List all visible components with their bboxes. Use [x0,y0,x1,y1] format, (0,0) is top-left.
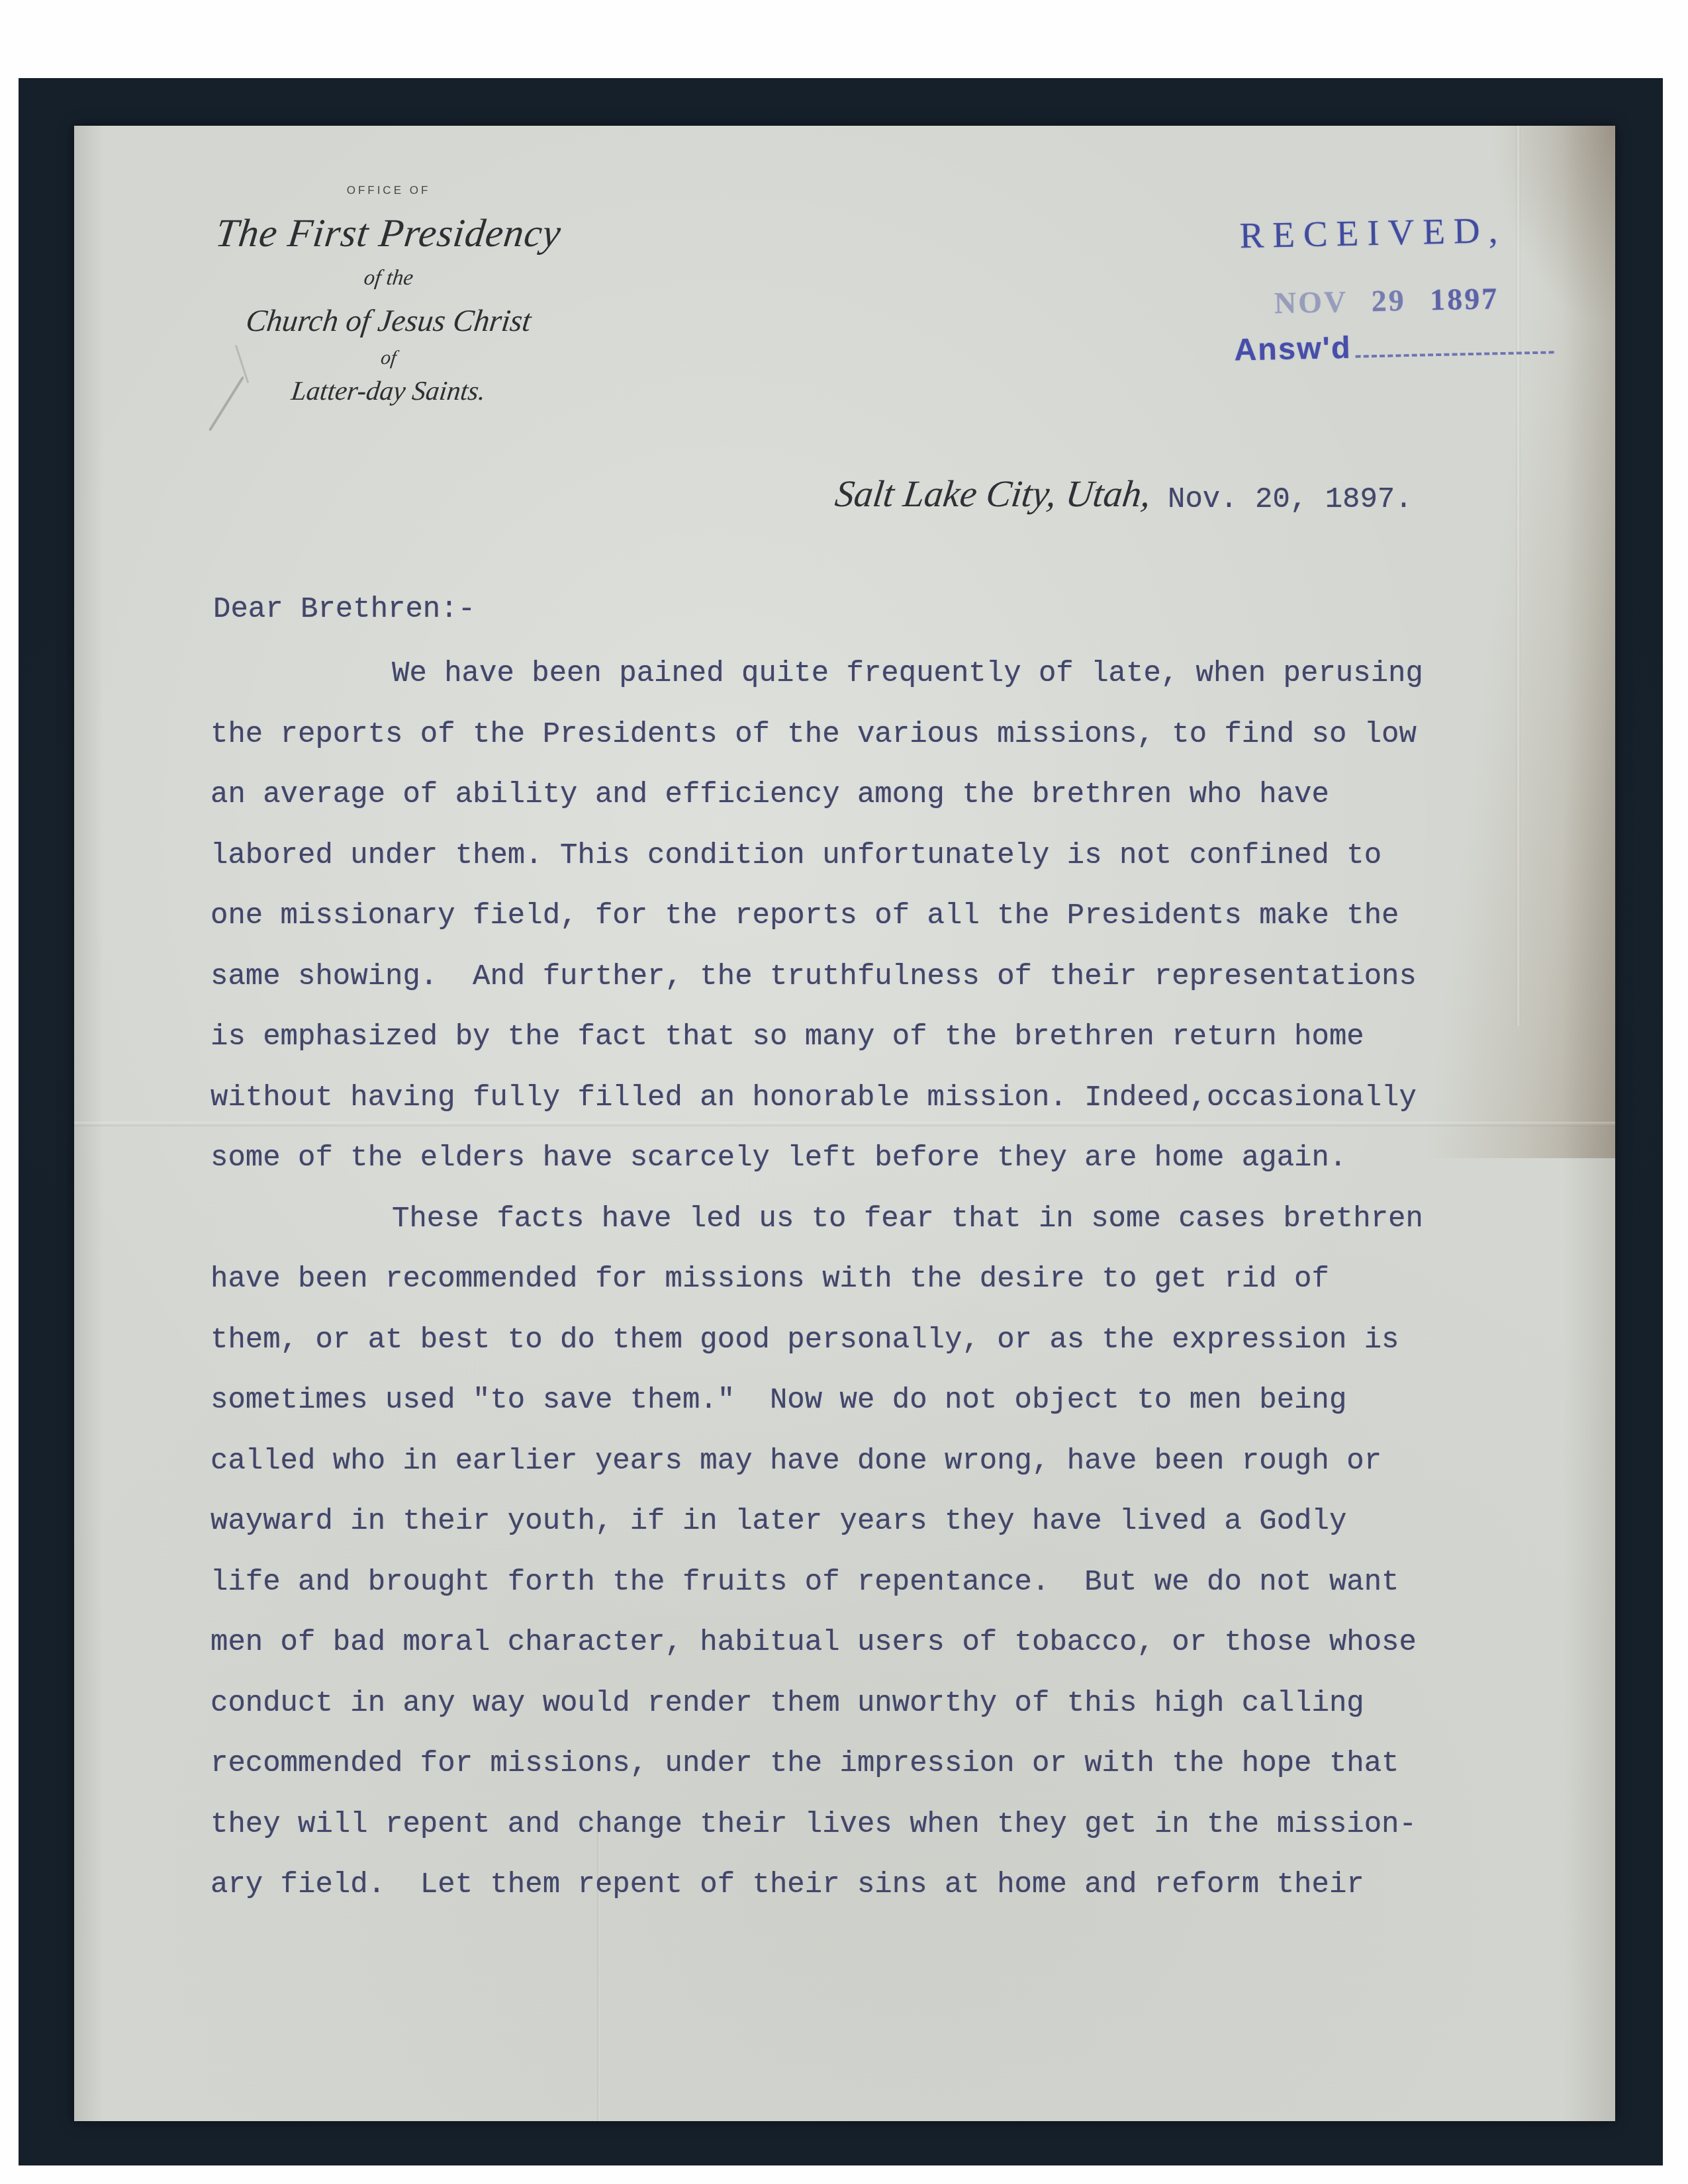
letterhead-of: of [165,347,612,369]
answered-label: Answ'd [1234,330,1352,367]
letterhead-first-presidency: The First Presidency [164,210,613,256]
typed-line: ary field. Let them repent of their sins… [211,1855,1508,1916]
received-stamp-label: RECEIVED, [1239,209,1507,256]
typed-line: wayward in their youth, if in later year… [211,1492,1508,1553]
typed-line: We have been pained quite frequently of … [211,644,1508,705]
typed-line: they will repent and change their lives … [211,1795,1508,1856]
typed-line: labored under them. This condition unfor… [211,826,1508,887]
typed-line: called who in earlier years may have don… [211,1432,1508,1492]
typed-line: have been recommended for missions with … [211,1250,1508,1310]
typed-line: conduct in any way would render them unw… [211,1674,1508,1735]
letterhead-of-the: of the [165,266,612,291]
typed-line: without having fully filled an honorable… [211,1068,1508,1129]
typed-line: them, or at best to do them good persona… [211,1310,1508,1371]
typed-line: recommended for missions, under the impr… [211,1734,1508,1795]
typed-line: sometimes used "to save them." Now we do… [211,1371,1508,1432]
typed-line: men of bad moral character, habitual use… [211,1613,1508,1674]
salutation: Dear Brethren:- [213,593,475,626]
dateline-typed-date: Nov. 20, 1897. [1168,483,1413,516]
scan-background: OFFICE OF The First Presidency of the Ch… [19,78,1663,2165]
typed-line: is emphasized by the fact that so many o… [211,1007,1508,1068]
letterhead-church-name: Church of Jesus Christ [165,303,613,339]
answered-blank-line [1355,328,1554,357]
letter-body: We have been pained quite frequently of … [211,644,1508,1916]
typed-line: the reports of the Presidents of the var… [211,705,1508,766]
typed-line: one missionary field, for the reports of… [211,886,1508,947]
received-stamp-date: NOV 29 1897 [1274,281,1499,320]
scanned-page: OFFICE OF The First Presidency of the Ch… [0,0,1688,2184]
typed-line: same showing. And further, the truthfuln… [211,947,1508,1008]
letterhead-latter-day-saints: Latter-day Saints. [165,375,612,406]
stamp-day: 29 [1371,283,1406,318]
paper-fold-crease [1516,126,1521,1026]
letter-paper: OFFICE OF The First Presidency of the Ch… [74,126,1615,2121]
typed-line: an average of ability and efficiency amo… [211,765,1508,826]
typed-line: life and brought forth the fruits of rep… [211,1553,1508,1614]
stamp-month: NOV [1274,285,1347,320]
typed-line: some of the elders have scarcely left be… [211,1128,1508,1189]
typed-line: These facts have led us to fear that in … [211,1189,1508,1250]
stamp-year: 1897 [1430,281,1499,316]
answered-stamp: Answ'd [1234,324,1554,367]
dateline-place: Salt Lake City, Utah, [833,473,1154,516]
letterhead-office-of: OFFICE OF [167,184,610,197]
